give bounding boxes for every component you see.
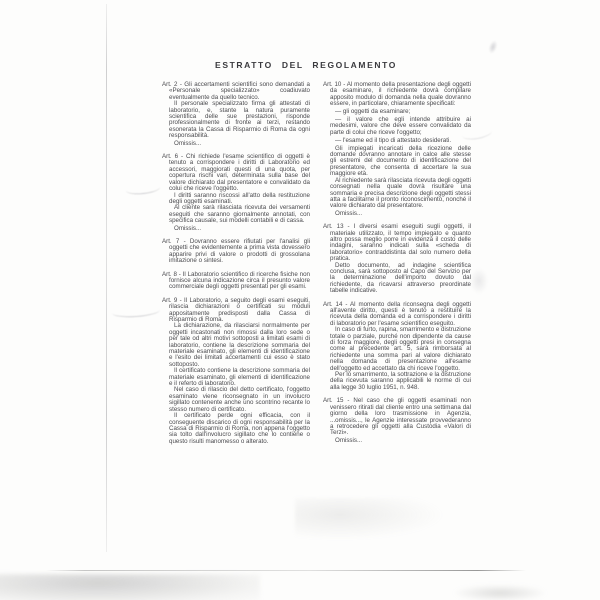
article-paragraph: Art. 7 - Dovranno essere rifiutati per l…: [162, 239, 310, 265]
scanned-document-page: ESTRATTO DEL REGOLAMENTO Art. 2 - Gli ac…: [0, 0, 600, 600]
paragraph: Al cliente sarà rilasciata ricevuta dei …: [162, 205, 310, 224]
paragraph: Il certificato perde ogni efficacia, con…: [162, 413, 310, 445]
paragraph: — l'esame ed il tipo di attestato deside…: [323, 138, 471, 144]
scan-pencil-mark: [126, 182, 161, 195]
article-paragraph: Art. 2 - Gli accertamenti scientifici so…: [162, 82, 310, 101]
paragraph: Omissis...: [162, 226, 310, 232]
article-paragraph: Art. 9 - Il Laboratorio, a seguito degli…: [162, 298, 310, 324]
paragraph: Nel caso di rilascio del detto certifica…: [162, 387, 310, 413]
paper-bottom-edge: [46, 570, 526, 571]
scan-shadow-bottom-right: [455, 585, 545, 600]
paragraph: Gli impiegati incaricati della ricezione…: [323, 146, 471, 178]
article-paragraph: Art. 6 - Chi richiede l'esame scientific…: [162, 154, 310, 192]
article-paragraph: Art. 8 - Il Laboratorio scientifico di r…: [162, 272, 310, 291]
scan-pencil-mark: [112, 304, 161, 318]
paragraph: La dichiarazione, da rilasciarsi normalm…: [162, 323, 310, 368]
paragraph: Omissis...: [162, 141, 310, 147]
right-column: Art. 10 - Al momento della presentazione…: [323, 82, 471, 445]
document-title: ESTRATTO DEL REGOLAMENTO: [150, 60, 462, 70]
article-paragraph: Art. 15 - Nel caso che gli oggetti esami…: [323, 398, 471, 436]
scan-shadow-bottom-left: [0, 574, 260, 600]
paragraph: Il personale specializzato firma gli att…: [162, 101, 310, 139]
scan-smudge: [295, 498, 445, 540]
paragraph: Al richiedente sarà rilasciata ricevuta …: [323, 178, 471, 210]
paragraph: Il certificato contiene la descrizione s…: [162, 368, 310, 387]
left-column: Art. 2 - Gli accertamenti scientifici so…: [162, 82, 310, 445]
article-paragraph: Art. 13 - I diversi esami eseguiti sugli…: [323, 224, 471, 262]
paragraph: In caso di furto, rapina, smarrimento e …: [323, 327, 471, 372]
paragraph: Omissis...: [323, 211, 471, 217]
article-paragraph: Art. 14 - Al momento della riconsegna de…: [323, 302, 471, 328]
scan-smudge: [487, 39, 499, 55]
paragraph: — gli oggetti da esaminare;: [323, 109, 471, 115]
article-paragraph: Art. 10 - Al momento della presentazione…: [323, 82, 471, 108]
document-body: Art. 2 - Gli accertamenti scientifici so…: [162, 82, 471, 445]
paper-fold-line: [106, 4, 107, 552]
scan-smudge: [470, 268, 488, 294]
paragraph: — il valore che egli intende attribuire …: [323, 117, 471, 136]
paragraph: Omissis...: [323, 438, 471, 444]
paragraph: Per lo smarrimento, la sottrazione e la …: [323, 372, 471, 391]
paragraph: Detto documento, ad indagine scientifica…: [323, 263, 471, 295]
